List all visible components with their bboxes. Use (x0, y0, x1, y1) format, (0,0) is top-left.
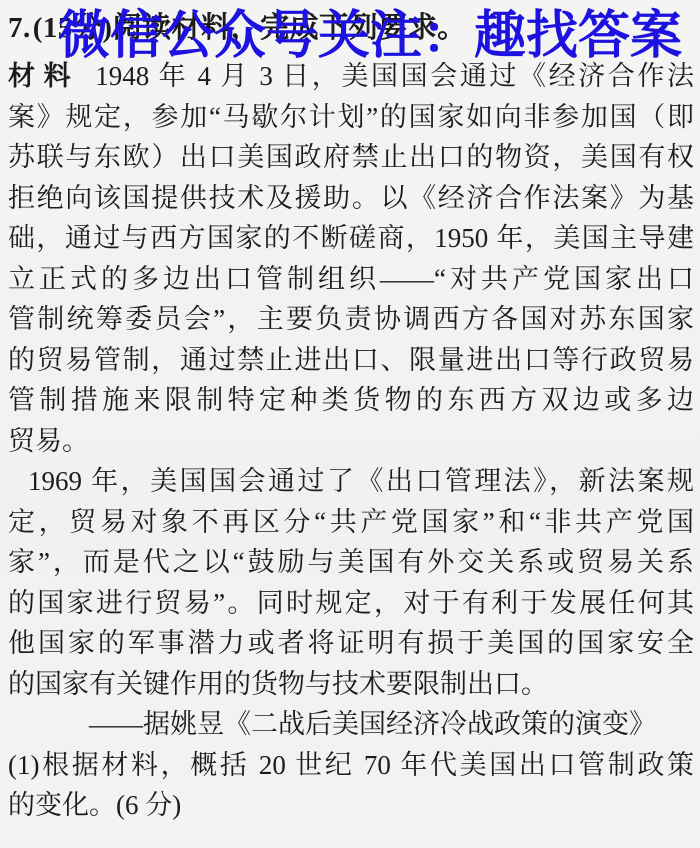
material-line: 的国家进行贸易”。同时规定，对于有利于发展任何其 (8, 583, 694, 624)
material-line: 的贸易管制，通过禁止进出口、限量进出口等行政贸易 (8, 340, 694, 381)
sub-question-line: (1)根据材料，概括 20 世纪 70 年代美国出口管制政策 (8, 745, 694, 786)
sub-question-line: 的变化。(6 分) (8, 785, 694, 826)
material-line: 定，贸易对象不再区分“共产党国家”和“非共产党国 (8, 502, 694, 543)
material-line: 贸易。 (8, 421, 694, 462)
watermark-text: 微信公众号关注：趣找答案 (58, 6, 682, 66)
material-line: 管制措施来限制特定种类货物的东西方双边或多边 (8, 380, 694, 421)
exam-page: 微信公众号关注：趣找答案 7.(15分)阅读材料，完成下列要求。 材料1948 … (0, 0, 700, 848)
material-line: 础，通过与西方国家的不断磋商，1950 年，美国主导建 (8, 218, 694, 259)
material-line: 的国家有关键作用的货物与技术要限制出口。 (8, 664, 694, 705)
material-line: 管制统筹委员会”，主要负责协调西方各国对苏东国家 (8, 299, 694, 340)
material-line: 拒绝向该国提供技术及援助。以《经济合作法案》为基 (8, 178, 694, 219)
material-line: 家”，而是代之以“鼓励与美国有外交关系或贸易关系 (8, 542, 694, 583)
material-line: 1969 年，美国国会通过了《出口管理法》，新法案规 (8, 461, 694, 502)
material-line: 苏联与东欧）出口美国政府禁止出口的物资，美国有权 (8, 137, 694, 178)
source-attribution: ——据姚昱《二战后美国经济冷战政策的演变》 (8, 704, 694, 745)
question-block: 7.(15分)阅读材料，完成下列要求。 材料1948 年 4 月 3 日，美国国… (0, 0, 700, 826)
material-line: 立正式的多边出口管制组织——“对共产党国家出口 (8, 259, 694, 300)
material-line: 他国家的军事潜力或者将证明有损于美国的国家安全 (8, 623, 694, 664)
material-line: 案》规定，参加“马歇尔计划”的国家如向非参加国（即 (8, 97, 694, 138)
question-number: 7. (8, 12, 31, 44)
material-text: 材料1948 年 4 月 3 日，美国国会通过《经济合作法 案》规定，参加“马歇… (8, 56, 694, 826)
